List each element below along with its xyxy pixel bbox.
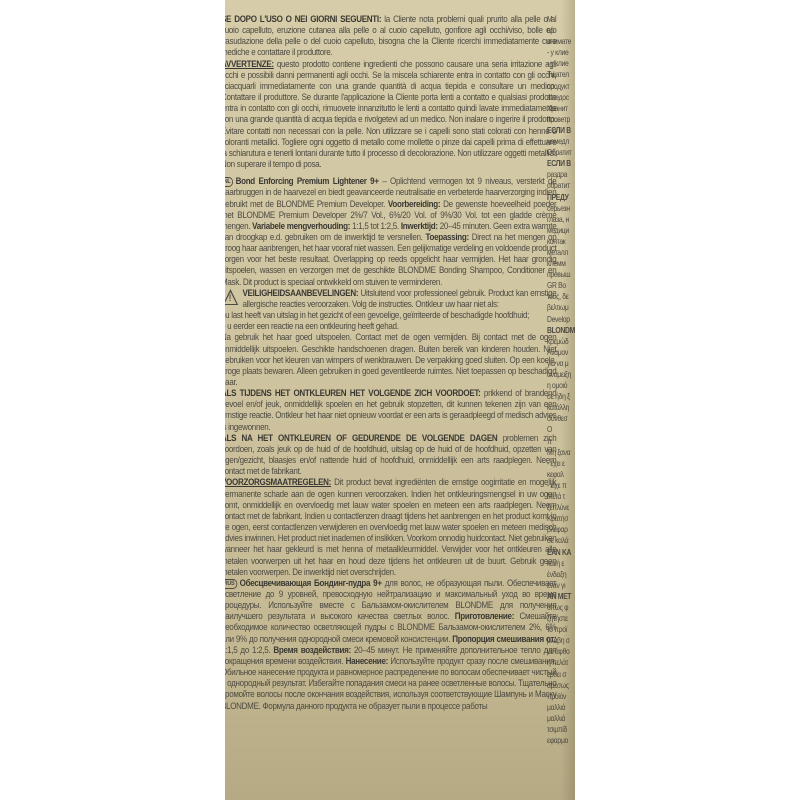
russian-time-label: Время воздействия: xyxy=(273,645,350,655)
russian-product-name: Обесцвечивающая Бондинг-пудра 9+ xyxy=(240,578,382,588)
dutch-safety-label: VEILIGHEIDSAANBEVELINGEN: xyxy=(243,288,359,298)
dutch-safety-paragraph: VEILIGHEIDSAANBEVELINGEN: Uitsluitend vo… xyxy=(225,288,556,310)
italian-after-use-paragraph: SE DOPO L'USO O NEI GIORNI SEGUENTI: la … xyxy=(225,14,556,59)
lang-badge-nl: NL xyxy=(225,177,233,187)
dutch-apply-label: Toepassing: xyxy=(425,232,468,242)
russian-apply-label: Нанесение: xyxy=(346,656,388,666)
dutch-precautions-text: Dit product bevat ingrediënten die ernst… xyxy=(225,477,556,576)
dutch-ratio-label: Variabele mengverhouding: xyxy=(252,221,350,231)
russian-ratio-label: Пропорция смешивания от: xyxy=(452,634,556,644)
dutch-prep-label: Voorbereiding: xyxy=(388,199,440,209)
dutch-after-text: Na gebruik het haar goed uitspoelen. Con… xyxy=(225,332,556,388)
dutch-product-name: Bond Enforcing Premium Lightener 9+ xyxy=(236,176,379,186)
heading-after-use: SE DOPO L'USO O NEI GIORNI SEGUENTI: xyxy=(225,14,381,24)
dutch-bullet-2: – u eerder een reactie na een ontkleurin… xyxy=(225,321,556,332)
dutch-time-label: Inwerktijd: xyxy=(401,221,438,231)
dutch-precautions-label: VOORZORGSMAATREGELEN: xyxy=(225,477,331,487)
dutch-after-days-label: ALS NA HET ONTKLEUREN OF GEDURENDE DE VO… xyxy=(225,433,497,443)
italian-warnings-paragraph: AVVERTENZE: questo prodotto contiene ing… xyxy=(225,59,556,171)
dutch-bullet-1: –u last heeft van uitslag in het gezicht… xyxy=(225,310,556,321)
main-text-column: SE DOPO L'USO O NEI GIORNI SEGUENTI: la … xyxy=(225,14,556,712)
russian-product-paragraph: RUSОбесцвечивающая Бондинг-пудра 9+ для … xyxy=(225,578,556,712)
russian-ratio-text: 1:1,5 до 1:2,5. xyxy=(225,645,273,655)
warnings-text: questo prodotto contiene ingredienti che… xyxy=(225,59,556,169)
product-label: SE DOPO L'USO O NEI GIORNI SEGUENTI: la … xyxy=(225,0,575,800)
lang-badge-rus: RUS xyxy=(225,579,237,589)
dutch-during-label: ALS TIJDENS HET ONTKLEUREN HET VOLGENDE … xyxy=(225,388,480,398)
heading-warnings: AVVERTENZE: xyxy=(225,59,274,69)
dutch-during-paragraph: ALS TIJDENS HET ONTKLEUREN HET VOLGENDE … xyxy=(225,388,556,433)
dutch-precautions-paragraph: VOORZORGSMAATREGELEN: Dit product bevat … xyxy=(225,477,556,577)
russian-prep-label: Приготовление: xyxy=(455,611,514,621)
dutch-product-paragraph: NLBond Enforcing Premium Lightener 9+ – … xyxy=(225,176,556,288)
dutch-after-days-paragraph: ALS NA HET ONTKLEUREN OF GEDURENDE DE VO… xyxy=(225,433,556,478)
label-edge-shadow xyxy=(561,0,575,800)
dutch-ratio-text: 1:1,5 tot 1:2,5. xyxy=(350,221,401,231)
warning-triangle-icon xyxy=(225,289,238,305)
